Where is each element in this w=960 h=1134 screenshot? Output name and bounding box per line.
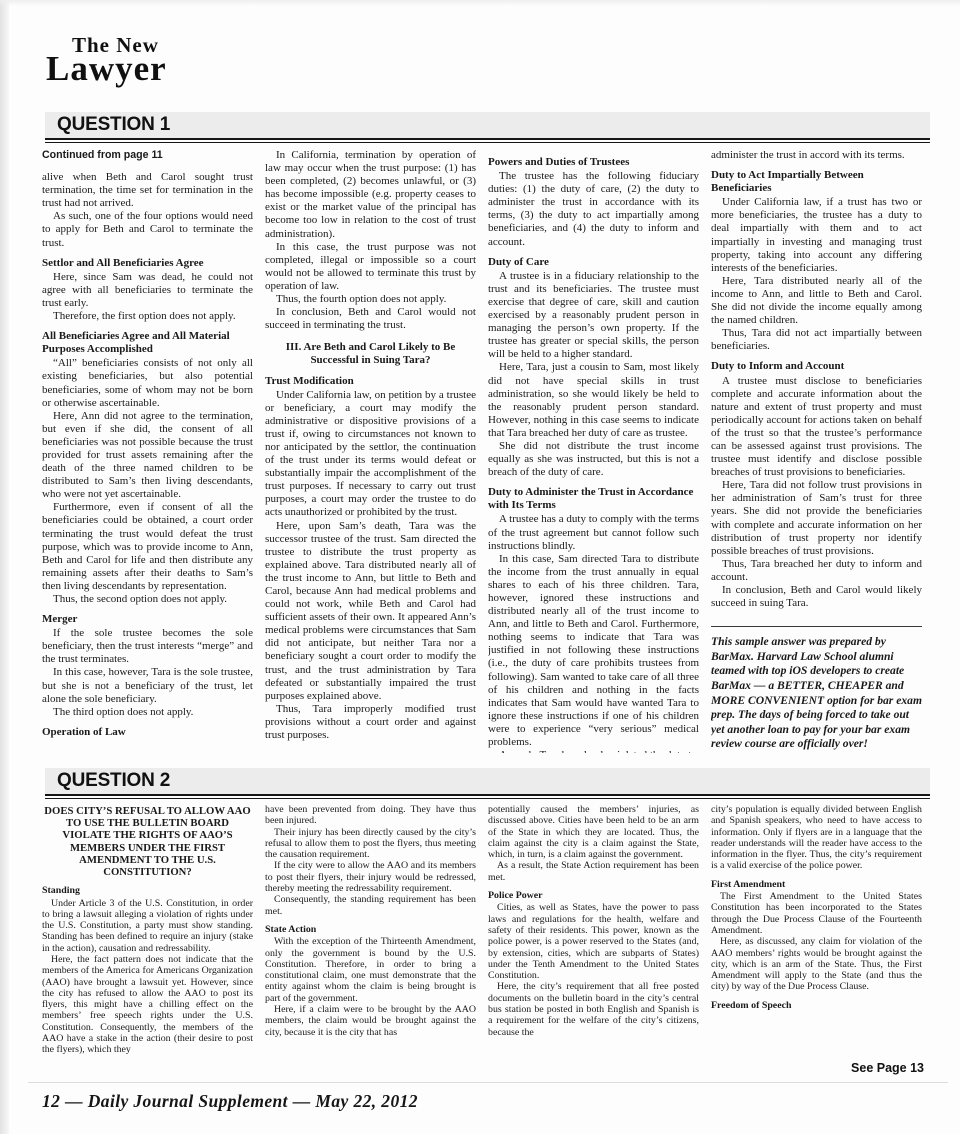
section-heading: Standing [42, 885, 253, 896]
section-heading: First Amendment [711, 879, 922, 890]
q1-column-1: Continued from page 11alive when Beth an… [42, 149, 253, 753]
publisher-note: This sample answer was prepared by BarMa… [711, 626, 922, 752]
paragraph: Here, Tara distributed nearly all of the… [711, 275, 922, 327]
q2-column-1: DOES CITY’S REFUSAL TO ALLOW AAO TO USE … [42, 804, 253, 1078]
q1-column-3: Powers and Duties of TrusteesThe trustee… [488, 149, 699, 753]
question-2-title: QUESTION 2 [45, 768, 170, 794]
centered-heading: III. Are Beth and Carol Likely to Be Suc… [269, 341, 472, 367]
footer-divider [28, 1082, 948, 1083]
paragraph: With the exception of the Thirteenth Ame… [265, 936, 476, 1004]
question-1-banner-rule [45, 138, 930, 143]
q2-column-2: have been prevented from doing. They hav… [265, 804, 476, 1078]
continued-from-note: Continued from page 11 [42, 149, 253, 162]
paragraph-continued: potentially caused the members’ injuries… [488, 804, 699, 860]
question-1-banner: QUESTION 1 [45, 112, 930, 138]
section-heading: Powers and Duties of Trustees [488, 156, 699, 169]
paragraph: A trustee is in a fiduciary relationship… [488, 270, 699, 362]
paragraph: In California, termination by operation … [265, 149, 476, 241]
section-heading: Duty to Administer the Trust in Accordan… [488, 486, 699, 512]
paragraph: In conclusion, Beth and Carol would like… [711, 584, 922, 610]
page-footer: 12 — Daily Journal Supplement — May 22, … [42, 1091, 418, 1112]
section-heading: Duty to Inform and Account [711, 360, 922, 373]
paragraph: Here, upon Sam’s death, Tara was the suc… [265, 520, 476, 703]
see-page-reference: See Page 13 [851, 1061, 924, 1075]
paragraph: Thus, the fourth option does not apply. [265, 293, 476, 306]
paragraph: Thus, the second option does not apply. [42, 593, 253, 606]
q2-column-4: city’s population is equally divided bet… [711, 804, 922, 1078]
paragraph: “All” beneficiaries consists of not only… [42, 357, 253, 409]
section-heading: Operation of Law [42, 726, 253, 739]
question-2-banner-rule [45, 794, 930, 799]
paragraph: In this case, however, Tara is the sole … [42, 666, 253, 705]
paragraph: The First Amendment to the United States… [711, 891, 922, 936]
scan-edge-top [0, 0, 960, 6]
paragraph: If the sole trustee becomes the sole ben… [42, 627, 253, 666]
paragraph: She did not distribute the trust income … [488, 440, 699, 479]
question-2-columns: DOES CITY’S REFUSAL TO ALLOW AAO TO USE … [42, 804, 923, 1078]
question-1-title: QUESTION 1 [45, 112, 170, 138]
section-heading: Trust Modification [265, 375, 476, 388]
paragraph: Cities, as well as States, have the powe… [488, 902, 699, 981]
section-heading: Settlor and All Beneficiaries Agree [42, 257, 253, 270]
paragraph-continued: have been prevented from doing. They hav… [265, 804, 476, 827]
paragraph: In this case, Sam directed Tara to distr… [488, 553, 699, 749]
paragraph: Furthermore, even if consent of all the … [42, 501, 253, 593]
paragraph: Here, Tara did not follow trust provisio… [711, 479, 922, 558]
section-heading: Police Power [488, 890, 699, 901]
question-2-banner: QUESTION 2 [45, 768, 930, 794]
paragraph: A trustee has a duty to comply with the … [488, 513, 699, 552]
masthead-line-lawyer: Lawyer [46, 52, 167, 86]
paragraph: Under Article 3 of the U.S. Constitution… [42, 898, 253, 954]
section-heading: State Action [265, 924, 476, 935]
section-heading: Freedom of Speech [711, 1000, 922, 1011]
paragraph: As such, Tara has clearly violated the d… [488, 749, 699, 753]
paragraph: The trustee has the following fiduciary … [488, 170, 699, 249]
scan-edge-left [0, 0, 9, 1134]
paragraph: As such, one of the four options would n… [42, 210, 253, 249]
paragraph: In conclusion, Beth and Carol would not … [265, 306, 476, 332]
paragraph: Therefore, the first option does not app… [42, 310, 253, 323]
section-heading: Duty of Care [488, 256, 699, 269]
paragraph: Under California law, if a trust has two… [711, 196, 922, 275]
paragraph: As a result, the State Action requiremen… [488, 860, 699, 883]
paragraph: Here, the city’s requirement that all fr… [488, 981, 699, 1037]
q2-column-3: potentially caused the members’ injuries… [488, 804, 699, 1078]
paragraph: Under California law, on petition by a t… [265, 389, 476, 520]
paragraph: In this case, the trust purpose was not … [265, 241, 476, 293]
paragraph: Here, the fact pattern does not indicate… [42, 954, 253, 1056]
paragraph: Their injury has been directly caused by… [265, 827, 476, 861]
paragraph: Thus, Tara improperly modified trust pro… [265, 703, 476, 742]
paragraph: Consequently, the standing requirement h… [265, 894, 476, 917]
paragraph: Here, Ann did not agree to the terminati… [42, 410, 253, 502]
paragraph: Thus, Tara did not act impartially betwe… [711, 327, 922, 353]
paragraph-continued: administer the trust in accord with its … [711, 149, 922, 162]
q1-column-4: administer the trust in accord with its … [711, 149, 922, 753]
paragraph: Here, if a claim were to be brought by t… [265, 1004, 476, 1038]
section-heading: Duty to Act Impartially Between Benefici… [711, 169, 922, 195]
centered-heading: DOES CITY’S REFUSAL TO ALLOW AAO TO USE … [44, 805, 251, 878]
paragraph: Here, as discussed, any claim for violat… [711, 936, 922, 992]
section-heading: Merger [42, 613, 253, 626]
paragraph: Here, since Sam was dead, he could not a… [42, 271, 253, 310]
paragraph: A trustee must disclose to beneficiaries… [711, 375, 922, 480]
q1-column-2: In California, termination by operation … [265, 149, 476, 753]
question-1-columns: Continued from page 11alive when Beth an… [42, 149, 923, 753]
paragraph-continued: alive when Beth and Carol sought trust t… [42, 171, 253, 210]
masthead-logo: The New Lawyer [46, 34, 167, 86]
paragraph: The third option does not apply. [42, 706, 253, 719]
paragraph: If the city were to allow the AAO and it… [265, 860, 476, 894]
paragraph: Here, Tara, just a cousin to Sam, most l… [488, 361, 699, 440]
paragraph-continued: city’s population is equally divided bet… [711, 804, 922, 872]
section-heading: All Beneficiaries Agree and All Material… [42, 330, 253, 356]
paragraph: Thus, Tara breached her duty to inform a… [711, 558, 922, 584]
